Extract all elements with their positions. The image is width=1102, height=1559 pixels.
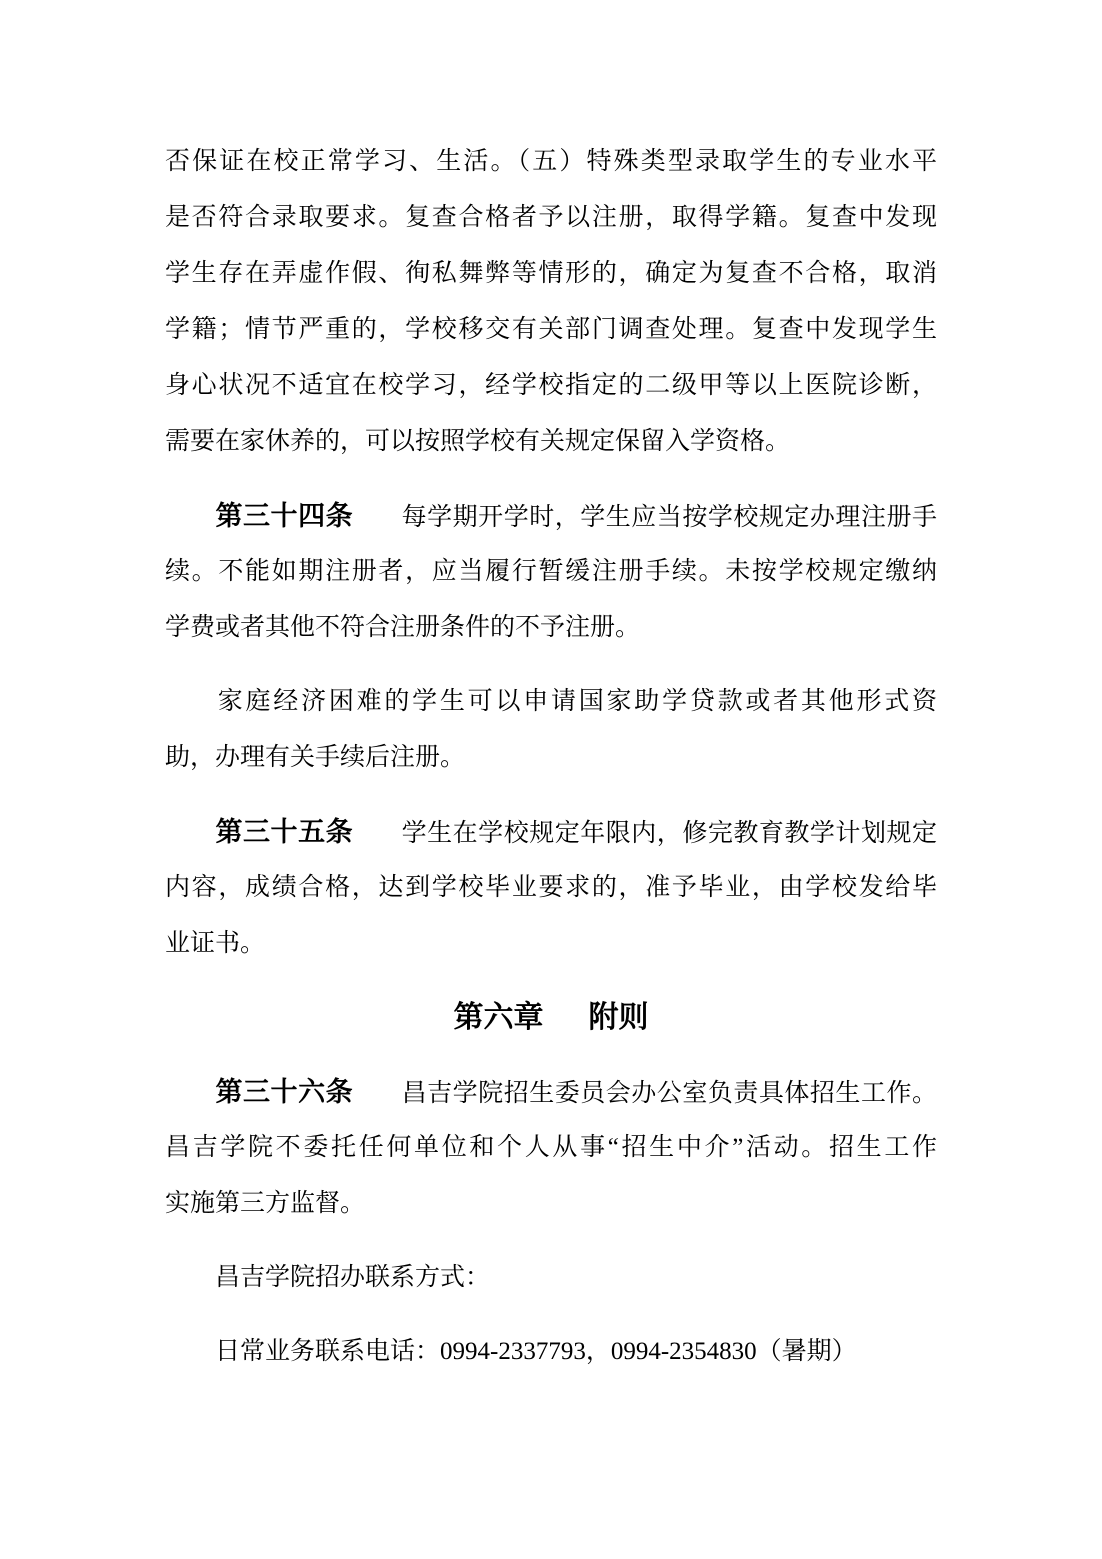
text-line: 学生存在弄虚作假、徇私舞弊等情形的，确定为复查不合格，取消 (165, 246, 937, 302)
text-line-content: 日常业务联系电话：0994-2337793，0994-2354830（暑期） (215, 1338, 857, 1365)
text-line: 身心状况不适宜在校学习，经学校指定的二级甲等以上医院诊断， (165, 358, 937, 414)
text-line: 第三十四条每学期开学时，学生应当按学校规定办理注册手 (165, 488, 937, 544)
text-line-content: 学籍；情节严重的，学校移交有关部门调查处理。复查中发现学生 (165, 316, 937, 343)
text-line: 昌吉学院招办联系方式： (165, 1250, 937, 1306)
paragraph: 昌吉学院招办联系方式： (165, 1250, 937, 1306)
paragraph: 第三十五条学生在学校规定年限内，修完教育教学计划规定内容，成绩合格，达到学校毕业… (165, 804, 937, 972)
paragraph: 否保证在校正常学习、生活。（五）特殊类型录取学生的专业水平是否符合录取要求。复查… (165, 134, 937, 470)
first-line-indent (165, 1358, 215, 1359)
text-line: 业证书。 (165, 916, 937, 972)
document-page: 否保证在校正常学习、生活。（五）特殊类型录取学生的专业水平是否符合录取要求。复查… (0, 0, 1102, 1559)
text-line: 实施第三方监督。 (165, 1176, 937, 1232)
paragraph: 日常业务联系电话：0994-2337793，0994-2354830（暑期） (165, 1324, 937, 1380)
text-line: 需要在家休养的，可以按照学校有关规定保留入学资格。 (165, 414, 937, 470)
text-line: 学籍；情节严重的，学校移交有关部门调查处理。复查中发现学生 (165, 302, 937, 358)
article-number-lead: 第三十五条 (215, 817, 353, 847)
text-line: 家庭经济困难的学生可以申请国家助学贷款或者其他形式资 (165, 674, 937, 730)
chapter-heading-text: 附则 (589, 1001, 649, 1034)
text-line-content: 昌吉学院招办联系方式： (215, 1264, 490, 1291)
text-line-content: 需要在家休养的，可以按照学校有关规定保留入学资格。 (165, 428, 790, 455)
first-line-indent (165, 1100, 215, 1101)
first-line-indent (165, 1284, 215, 1285)
chapter-heading-text: 第六章 (454, 1001, 544, 1034)
text-line-content: 业证书。 (165, 930, 265, 957)
text-line-content: 续。不能如期注册者，应当履行暂缓注册手续。未按学校规定缴纳 (165, 558, 937, 585)
text-line-content: 昌吉学院不委托任何单位和个人从事“招生中介”活动。招生工作 (165, 1134, 937, 1161)
text-line-content: 学费或者其他不符合注册条件的不予注册。 (165, 614, 640, 641)
text-line: 昌吉学院不委托任何单位和个人从事“招生中介”活动。招生工作 (165, 1120, 937, 1176)
lead-gap (353, 840, 401, 841)
text-line-content: 助，办理有关手续后注册。 (165, 744, 465, 771)
article-number-lead: 第三十六条 (215, 1077, 353, 1107)
article-number-lead: 第三十四条 (215, 501, 353, 531)
text-line: 助，办理有关手续后注册。 (165, 730, 937, 786)
text-line: 日常业务联系电话：0994-2337793，0994-2354830（暑期） (165, 1324, 937, 1380)
text-line-content: 内容，成绩合格，达到学校毕业要求的，准予毕业，由学校发给毕 (165, 874, 937, 901)
text-line-content: 身心状况不适宜在校学习，经学校指定的二级甲等以上医院诊断， (165, 372, 937, 399)
lead-gap (353, 524, 401, 525)
text-line: 第三十六条昌吉学院招生委员会办公室负责具体招生工作。 (165, 1064, 937, 1120)
chapter-heading: 第六章附则 (165, 990, 937, 1046)
paragraph: 家庭经济困难的学生可以申请国家助学贷款或者其他形式资助，办理有关手续后注册。 (165, 674, 937, 786)
heading-gap (544, 1026, 589, 1027)
document-content: 否保证在校正常学习、生活。（五）特殊类型录取学生的专业水平是否符合录取要求。复查… (165, 134, 937, 1398)
text-line: 第三十五条学生在学校规定年限内，修完教育教学计划规定 (165, 804, 937, 860)
text-line-content: 昌吉学院招生委员会办公室负责具体招生工作。 (401, 1080, 937, 1107)
first-line-indent (165, 524, 215, 525)
text-line-content: 学生存在弄虚作假、徇私舞弊等情形的，确定为复查不合格，取消 (165, 260, 937, 287)
first-line-indent (165, 708, 215, 709)
text-line: 学费或者其他不符合注册条件的不予注册。 (165, 600, 937, 656)
text-line-content: 否保证在校正常学习、生活。（五）特殊类型录取学生的专业水平 (165, 148, 937, 175)
lead-gap (353, 1100, 401, 1101)
text-line: 续。不能如期注册者，应当履行暂缓注册手续。未按学校规定缴纳 (165, 544, 937, 600)
text-line-content: 家庭经济困难的学生可以申请国家助学贷款或者其他形式资 (215, 688, 937, 715)
text-line: 是否符合录取要求。复查合格者予以注册，取得学籍。复查中发现 (165, 190, 937, 246)
text-line-content: 每学期开学时，学生应当按学校规定办理注册手 (401, 504, 937, 531)
paragraph: 第三十六条昌吉学院招生委员会办公室负责具体招生工作。昌吉学院不委托任何单位和个人… (165, 1064, 937, 1232)
text-line: 否保证在校正常学习、生活。（五）特殊类型录取学生的专业水平 (165, 134, 937, 190)
paragraph: 第三十四条每学期开学时，学生应当按学校规定办理注册手续。不能如期注册者，应当履行… (165, 488, 937, 656)
text-line-content: 实施第三方监督。 (165, 1190, 365, 1217)
first-line-indent (165, 840, 215, 841)
text-line-content: 是否符合录取要求。复查合格者予以注册，取得学籍。复查中发现 (165, 204, 937, 231)
text-line: 内容，成绩合格，达到学校毕业要求的，准予毕业，由学校发给毕 (165, 860, 937, 916)
text-line-content: 学生在学校规定年限内，修完教育教学计划规定 (401, 820, 937, 847)
